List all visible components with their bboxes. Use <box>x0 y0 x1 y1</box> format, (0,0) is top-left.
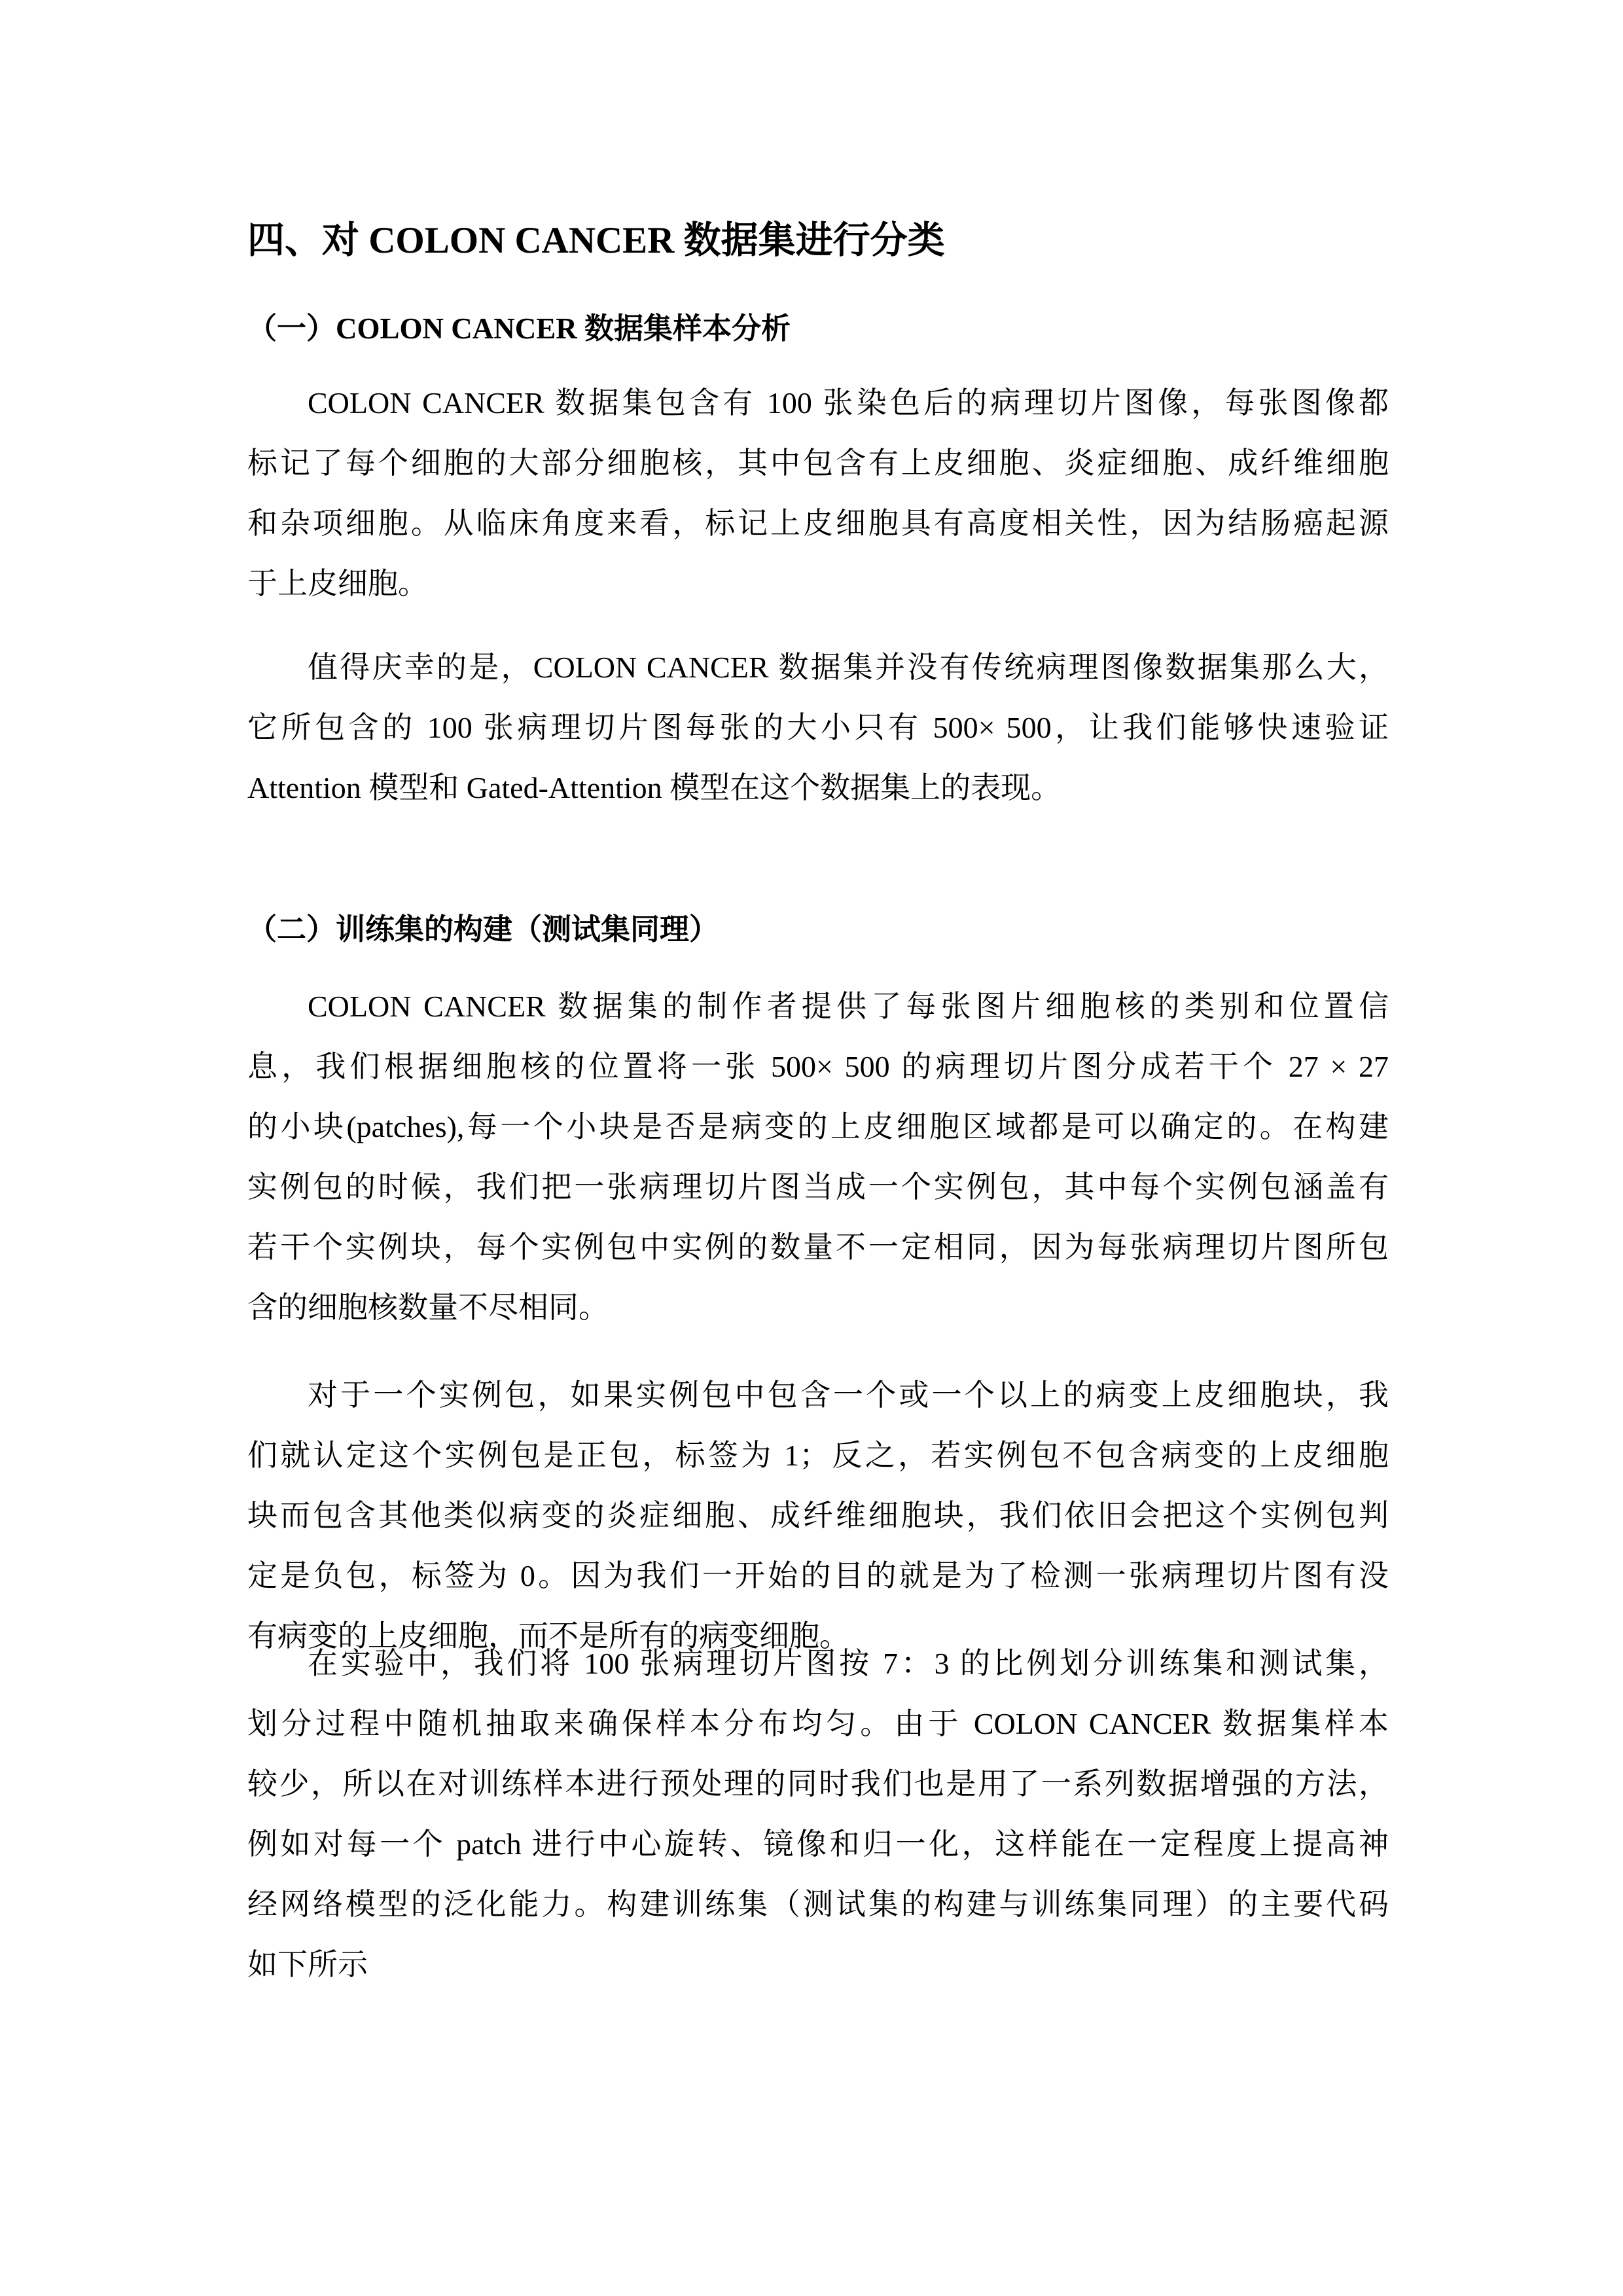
text-line: 如下所示 <box>247 1935 1389 1995</box>
text-line: 实例包的时候，我们把一张病理切片图当成一个实例包，其中每个实例包涵盖有 <box>247 1157 1389 1217</box>
paragraph-patch-construction: COLON CANCER 数据集的制作者提供了每张图片细胞核的类别和位置信 息，… <box>247 977 1389 1338</box>
paragraph-train-test-split: 在实验中，我们将 100 张病理切片图按 7：3 的比例划分训练集和测试集， 划… <box>247 1634 1389 1995</box>
text-line: COLON CANCER 数据集的制作者提供了每张图片细胞核的类别和位置信 <box>247 977 1389 1037</box>
text-line: 们就认定这个实例包是正包，标签为 1；反之，若实例包不包含病变的上皮细胞 <box>247 1426 1389 1486</box>
subsection-heading-sample-analysis: （一）COLON CANCER 数据集样本分析 <box>247 308 791 350</box>
text-line: Attention 模型和 Gated-Attention 模型在这个数据集上的… <box>247 758 1389 818</box>
text-line: 标记了每个细胞的大部分细胞核，其中包含有上皮细胞、炎症细胞、成纤维细胞 <box>247 433 1389 493</box>
text-line: 值得庆幸的是，COLON CANCER 数据集并没有传统病理图像数据集那么大， <box>247 637 1389 698</box>
text-line: 息，我们根据细胞核的位置将一张 500× 500 的病理切片图分成若干个 27 … <box>247 1037 1389 1097</box>
text-line: 的小块(patches),每一个小块是否是病变的上皮细胞区域都是可以确定的。在构… <box>247 1097 1389 1157</box>
text-line: 含的细胞核数量不尽相同。 <box>247 1278 1389 1338</box>
text-line: 若干个实例块，每个实例包中实例的数量不一定相同，因为每张病理切片图所包 <box>247 1217 1389 1278</box>
section-title: 四、对 COLON CANCER 数据集进行分类 <box>247 215 945 267</box>
text-line: 它所包含的 100 张病理切片图每张的大小只有 500× 500，让我们能够快速… <box>247 698 1389 758</box>
text-line: 和杂项细胞。从临床角度来看，标记上皮细胞具有高度相关性，因为结肠癌起源 <box>247 493 1389 554</box>
paragraph-dataset-size: 值得庆幸的是，COLON CANCER 数据集并没有传统病理图像数据集那么大， … <box>247 637 1389 818</box>
subsection-heading-training-set: （二）训练集的构建（测试集同理） <box>247 908 719 950</box>
text-line: 于上皮细胞。 <box>247 554 1389 614</box>
text-line: 定是负包，标签为 0。因为我们一开始的目的就是为了检测一张病理切片图有没 <box>247 1546 1389 1606</box>
text-line: 经网络模型的泛化能力。构建训练集（测试集的构建与训练集同理）的主要代码 <box>247 1874 1389 1935</box>
text-line: 块而包含其他类似病变的炎症细胞、成纤维细胞块，我们依旧会把这个实例包判 <box>247 1486 1389 1546</box>
text-line: 对于一个实例包，如果实例包中包含一个或一个以上的病变上皮细胞块，我 <box>247 1365 1389 1426</box>
text-line: COLON CANCER 数据集包含有 100 张染色后的病理切片图像，每张图像… <box>247 373 1389 433</box>
text-line: 例如对每一个 patch 进行中心旋转、镜像和归一化，这样能在一定程度上提高神 <box>247 1814 1389 1874</box>
paragraph-bag-labeling: 对于一个实例包，如果实例包中包含一个或一个以上的病变上皮细胞块，我 们就认定这个… <box>247 1365 1389 1666</box>
text-line: 在实验中，我们将 100 张病理切片图按 7：3 的比例划分训练集和测试集， <box>247 1634 1389 1694</box>
paragraph-dataset-description: COLON CANCER 数据集包含有 100 张染色后的病理切片图像，每张图像… <box>247 373 1389 614</box>
text-line: 划分过程中随机抽取来确保样本分布均匀。由于 COLON CANCER 数据集样本 <box>247 1694 1389 1754</box>
text-line: 较少，所以在对训练样本进行预处理的同时我们也是用了一系列数据增强的方法， <box>247 1754 1389 1814</box>
